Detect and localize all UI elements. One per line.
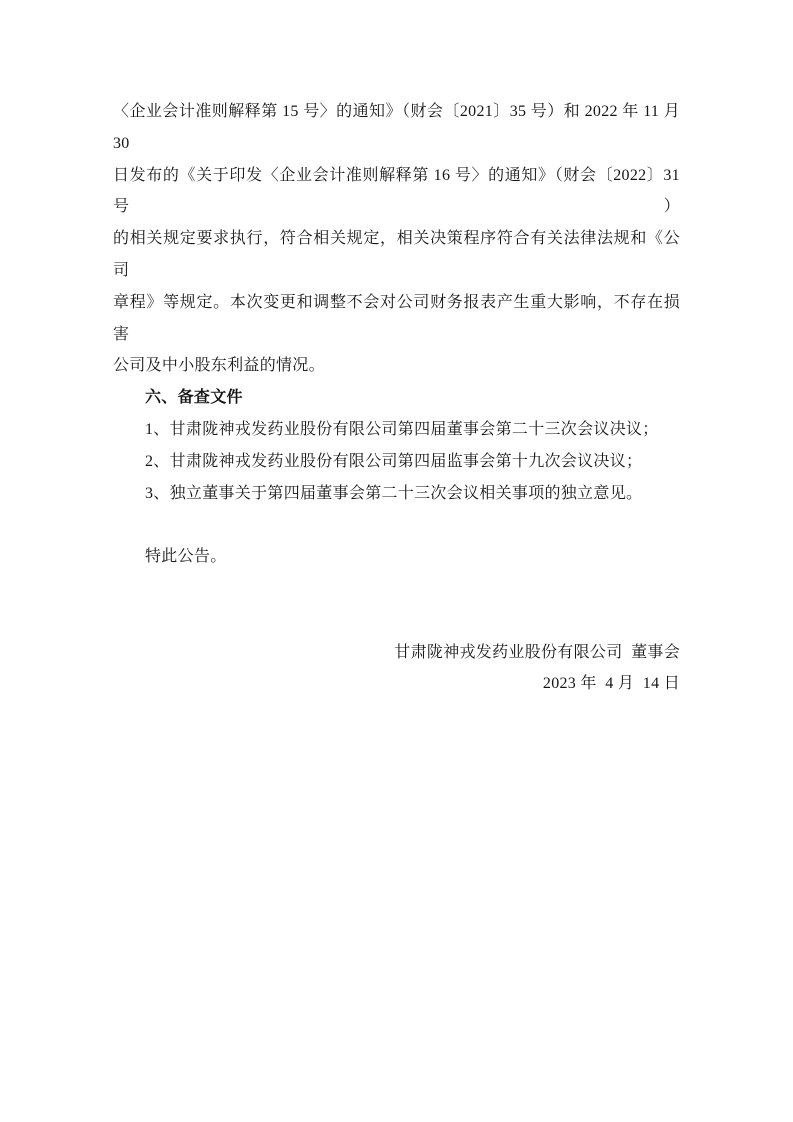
reference-documents-list: 1、甘肃陇神戎发药业股份有限公司第四届董事会第二十三次会议决议； 2、甘肃陇神戎… <box>113 414 680 509</box>
signature-date: 2023 年 4 月 14 日 <box>113 668 680 700</box>
paragraph-line: 章程》等规定。本次变更和调整不会对公司财务报表产生重大影响，不存在损害 <box>113 287 680 351</box>
document-page: 〈企业会计准则解释第 15 号〉的通知》（财会〔2021〕35 号）和 2022… <box>0 0 793 1122</box>
body-paragraph: 〈企业会计准则解释第 15 号〉的通知》（财会〔2021〕35 号）和 2022… <box>113 96 680 382</box>
list-item: 2、甘肃陇神戎发药业股份有限公司第四届监事会第十九次会议决议； <box>113 446 680 478</box>
paragraph-line: 的相关规定要求执行，符合相关规定，相关决策程序符合有关法律法规和《公司 <box>113 223 680 287</box>
paragraph-line: 公司及中小股东利益的情况。 <box>113 350 680 382</box>
signature-company: 甘肃陇神戎发药业股份有限公司 董事会 <box>113 637 680 669</box>
closing-statement: 特此公告。 <box>113 541 680 573</box>
list-item: 3、独立董事关于第四届董事会第二十三次会议相关事项的独立意见。 <box>113 478 680 510</box>
paragraph-line: 日发布的《关于印发〈企业会计准则解释第 16 号〉的通知》（财会〔2022〕31… <box>113 160 680 224</box>
section-heading: 六、备查文件 <box>113 382 680 414</box>
document-content: 〈企业会计准则解释第 15 号〉的通知》（财会〔2021〕35 号）和 2022… <box>113 96 680 700</box>
signature-block: 甘肃陇神戎发药业股份有限公司 董事会 2023 年 4 月 14 日 <box>113 637 680 701</box>
list-item: 1、甘肃陇神戎发药业股份有限公司第四届董事会第二十三次会议决议； <box>113 414 680 446</box>
paragraph-line: 〈企业会计准则解释第 15 号〉的通知》（财会〔2021〕35 号）和 2022… <box>113 96 680 160</box>
